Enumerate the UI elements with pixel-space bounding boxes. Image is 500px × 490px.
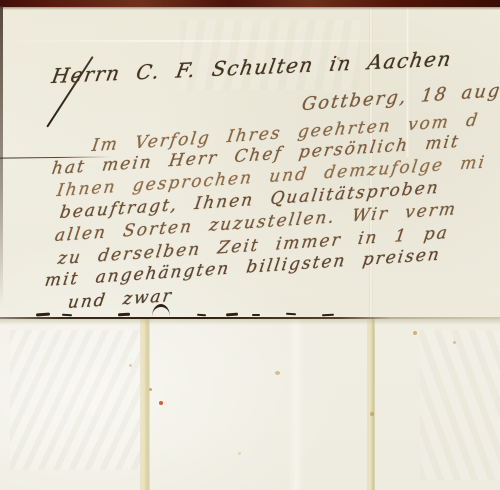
dateline: Gottberg, 18 aug. 18 (301, 77, 500, 116)
address-line: Herrn C. F. Schulten in Aachen (50, 46, 454, 88)
fold-shadow (0, 319, 500, 325)
foxing-spot (453, 341, 456, 344)
wrinkle-texture (10, 330, 140, 470)
wrinkle-texture (420, 330, 500, 480)
paper-top-edge-shadow (0, 0, 500, 7)
foxing-spot (370, 412, 374, 416)
foxing-spot (129, 364, 132, 367)
paper-top-edge-blend (0, 7, 500, 10)
vertical-crease-mid-lower (288, 318, 304, 490)
faint-top-crease (0, 40, 500, 42)
foxing-spot (275, 371, 280, 375)
foxing-spot (413, 331, 417, 335)
vertical-crease-right-lower (367, 318, 375, 490)
foxing-spot (238, 452, 241, 455)
letter-scan-photo: Herrn C. F. Schulten in Aachen Gottberg,… (0, 0, 500, 490)
foxing-spot (149, 388, 152, 391)
vertical-crease-left-lower (140, 318, 150, 490)
paper-left-edge-shadow (0, 6, 3, 306)
foxing-spot (159, 401, 163, 405)
